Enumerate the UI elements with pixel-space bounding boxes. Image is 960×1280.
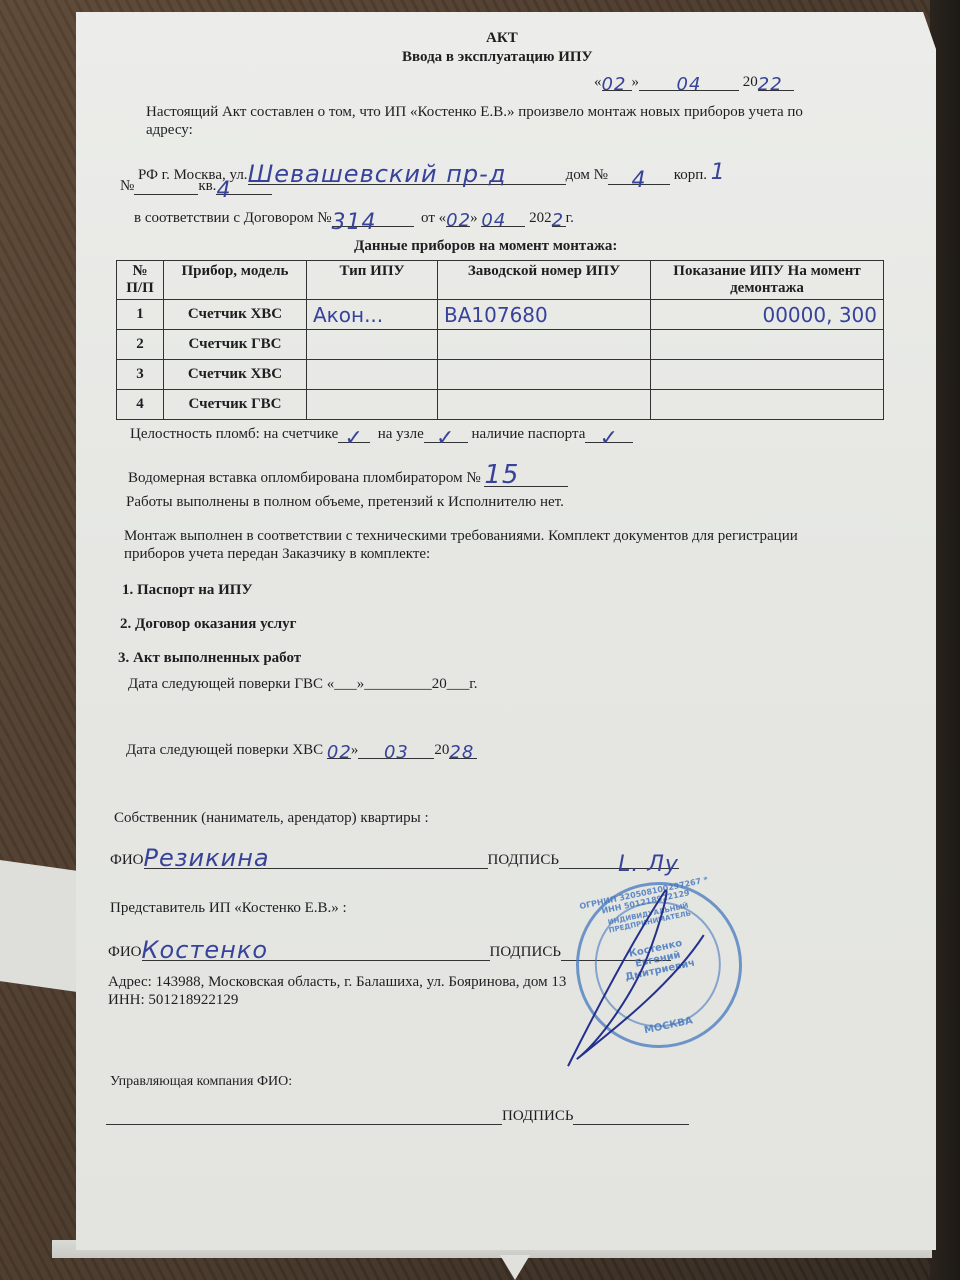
management-signature-line: ПОДПИСЬ (106, 1108, 689, 1125)
document-item-3: 3. Акт выполненных работ (118, 650, 301, 667)
compliance-line-2: приборов учета передан Заказчику в компл… (124, 546, 430, 563)
contract-line: в соответствии с Договором №314 от «02» … (134, 210, 574, 227)
col-reading: Показание ИПУ На момент демонтажа (651, 261, 884, 300)
owner-signature: L. Лу (559, 852, 679, 869)
representative-signature-scribble (513, 862, 746, 1080)
intro-line-2: адресу: (146, 122, 193, 139)
col-type: Тип ИПУ (307, 261, 438, 300)
table-row: 3 Счетчик ХВС (117, 360, 884, 390)
table-row: 1 Счетчик ХВС Акон... BA107680 00000, 30… (117, 300, 884, 330)
management-signature (573, 1108, 689, 1125)
col-number: № П/П (117, 261, 164, 300)
hvs-month: 03 (358, 742, 434, 759)
house-field: 4 (608, 168, 670, 185)
company-inn: ИНН: 501218922129 (108, 992, 238, 1009)
company-address: Адрес: 143988, Московская область, г. Ба… (108, 974, 566, 991)
apartment-field: 4 (216, 178, 272, 195)
date-year: 22 (758, 74, 794, 91)
table-row: 4 Счетчик ГВС (117, 390, 884, 420)
document-subtitle: Ввода в эксплуатацию ИПУ (402, 49, 593, 66)
intro-line-1: Настоящий Акт составлен о том, что ИП «К… (146, 104, 803, 121)
date-day: 02 (602, 74, 632, 91)
owner-signature-line: ФИОРезикинаПОДПИСЬL. Лу (110, 844, 679, 869)
meter-seal-check: ✓ (338, 426, 370, 443)
passport-check: ✓ (585, 426, 633, 443)
contract-month: 04 (481, 210, 525, 227)
number-field (134, 178, 198, 195)
document-item-1: 1. Паспорт на ИПУ (122, 582, 252, 599)
owner-fio: Резикина (144, 844, 488, 869)
next-check-hvs: Дата следующей поверки ХВС 02»032028 (126, 742, 477, 759)
representative-heading: Представитель ИП «Костенко Е.В.» : (110, 900, 347, 917)
works-done-text: Работы выполнены в полном объеме, претен… (126, 494, 564, 511)
act-document: АКТ Ввода в эксплуатацию ИПУ «02»04 2022… (76, 12, 936, 1250)
seals-line: Целостность пломб: на счетчике✓ на узле✓… (130, 426, 633, 443)
compliance-line-1: Монтаж выполнен в соответствии с техниче… (124, 528, 798, 545)
owner-heading: Собственник (наниматель, арендатор) квар… (114, 810, 429, 827)
contract-number: 314 (332, 210, 414, 227)
node-seal-check: ✓ (424, 426, 468, 443)
representative-fio: Костенко (142, 936, 490, 961)
management-fio (106, 1108, 502, 1125)
building-field: 1 (711, 160, 726, 185)
street-field: Шевашевский пр-д (248, 160, 566, 185)
contract-day: 02 (446, 210, 470, 227)
contract-year: 2 (552, 210, 566, 227)
table-row: 2 Счетчик ГВС (117, 330, 884, 360)
col-device: Прибор, модель (164, 261, 307, 300)
next-check-gvs: Дата следующей поверки ГВС «___»________… (128, 676, 477, 693)
hvs-day: 02 (327, 742, 351, 759)
document-title: АКТ (486, 30, 518, 47)
insert-line: Водомерная вставка опломбирована пломбир… (128, 460, 568, 487)
document-item-2: 2. Договор оказания услуг (120, 616, 297, 633)
sealer-number: 15 (484, 460, 568, 487)
company-stamp: ОГРНИП 320508100297267 * ИНН 50121892212… (561, 867, 758, 1064)
col-serial: Заводской номер ИПУ (438, 261, 651, 300)
table-title: Данные приборов на момент монтажа: (354, 238, 617, 255)
date-month: 04 (639, 74, 739, 91)
meters-table: № П/П Прибор, модель Тип ИПУ Заводской н… (116, 260, 884, 420)
hvs-year: 28 (449, 742, 477, 759)
apartment-line: №кв.4 (120, 178, 272, 195)
management-heading: Управляющая компания ФИО: (110, 1074, 292, 1090)
document-date: «02»04 2022 (594, 74, 794, 91)
